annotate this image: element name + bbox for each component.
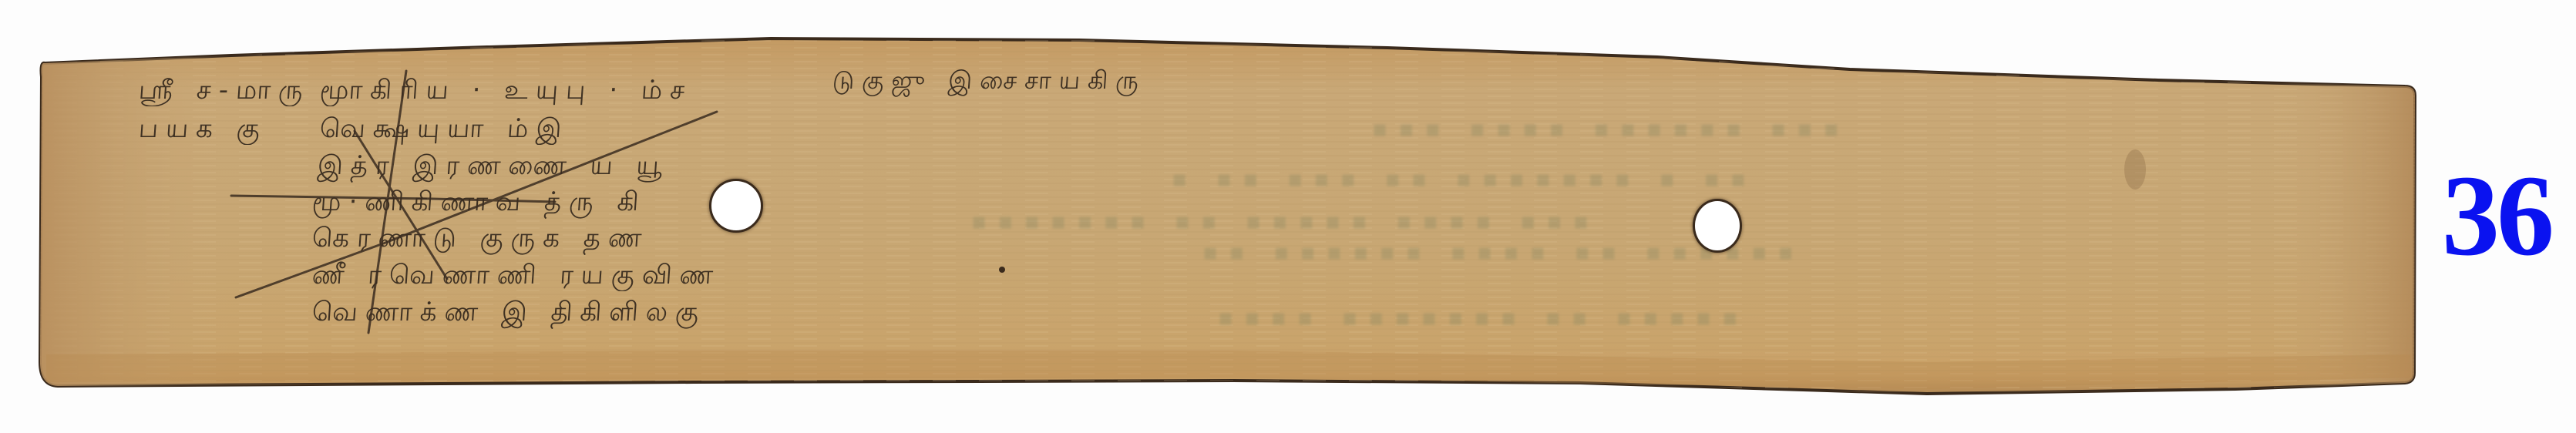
manuscript-line: ணீ ரவெணாணி ரயகுவிண — [311, 262, 721, 288]
string-hole-right — [1693, 199, 1742, 253]
show-through-row: ▪▪▪ ▪▪▪▪ ▪▪▪▪▪▪ ▪▪▪ — [1372, 116, 1850, 143]
manuscript-line: வெக்ஷயுயா ம்இ — [319, 116, 570, 142]
show-through-row: ▪▪▪▪ ▪▪▪▪▪▪▪ ▪▪ ▪▪▪▪▪ — [1218, 304, 1749, 331]
manuscript-scan: ▪▪▪ ▪▪▪▪ ▪▪▪▪▪▪ ▪▪▪ ▪ ▪▪ ▪▪▪ ▪▪ ▪▪▪▪▪▪▪ … — [0, 0, 2576, 433]
manuscript-line: மூ·ணிகிணாவ த்ரு கி — [311, 189, 647, 215]
manuscript-line: ஸ்ரீ ச-மாரு — [138, 77, 311, 103]
string-hole-left — [709, 179, 763, 233]
manuscript-line: பயக கு — [138, 116, 268, 142]
show-through-row: ▪ ▪▪ ▪▪▪ ▪▪ ▪▪▪▪▪▪▪ ▪ ▪▪ — [1172, 166, 1757, 193]
show-through-row: ▪▪▪▪▪▪▪ ▪▪ ▪▪▪▪▪ ▪▪▪▪ ▪▪▪ — [971, 208, 1599, 235]
manuscript-line: வெணாக்ண இ திகிளிலகு — [311, 299, 708, 325]
manuscript-line: டுகுஜு இசைசாயகிரு — [832, 68, 1147, 92]
manuscript-line: இத்ர இரணணை ய யூ — [317, 153, 671, 179]
manuscript-line: கெரணாடு குருக தண — [311, 225, 651, 251]
page-number: 36 — [2442, 158, 2551, 274]
manuscript-line: மூாகிரிய · உயுபு · ம்ச — [319, 77, 694, 103]
